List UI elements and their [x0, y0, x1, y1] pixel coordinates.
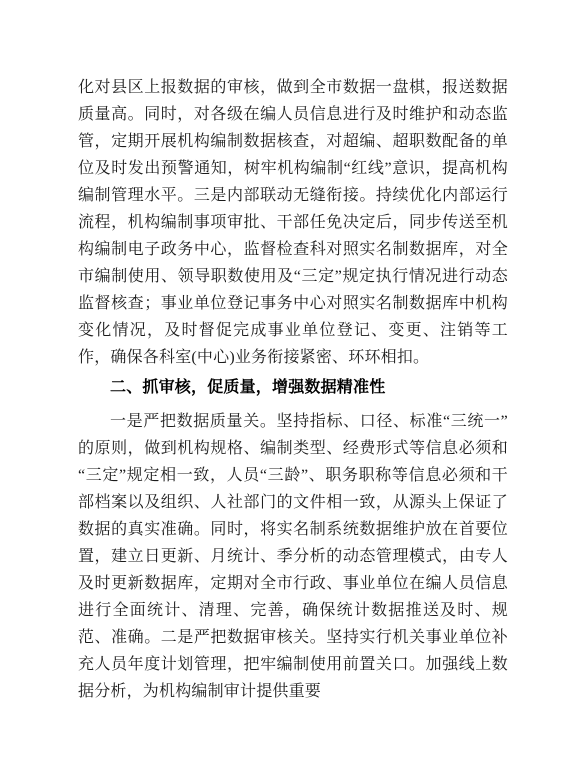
document-page: 化对县区上报数据的审核，做到全市数据一盘棋，报送数据质量高。同时，对各级在编人员…: [0, 0, 586, 759]
body-paragraph-continuation: 化对县区上报数据的审核，做到全市数据一盘棋，报送数据质量高。同时，对各级在编人员…: [78, 74, 508, 371]
body-paragraph: 一是严把数据质量关。坚持指标、口径、标准“三统一”的原则，做到机构规格、编制类型…: [78, 408, 508, 705]
section-heading: 二、抓审核，促质量，增强数据精准性: [78, 374, 508, 401]
document-text-block: 化对县区上报数据的审核，做到全市数据一盘棋，报送数据质量高。同时，对各级在编人员…: [78, 74, 508, 705]
